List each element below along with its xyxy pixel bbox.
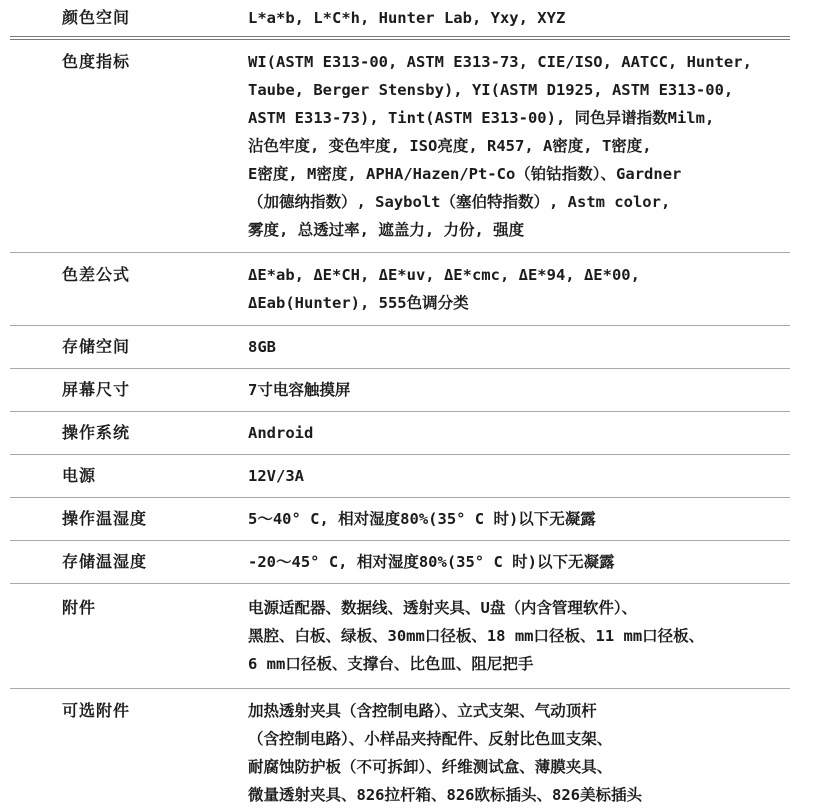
spec-label: 存储空间 <box>10 333 248 361</box>
spec-sheet-page: 颜色空间 L*a*b, L*C*h, Hunter Lab, Yxy, XYZ … <box>0 0 819 811</box>
spec-value: Android <box>248 419 790 447</box>
spec-label: 屏幕尺寸 <box>10 376 248 404</box>
spec-value: 加热透射夹具（含控制电路）、立式支架、气动顶杆 （含控制电路）、小样品夹持配件、… <box>248 697 790 809</box>
spec-value: -20～45° C, 相对湿度80%(35° C 时)以下无凝露 <box>248 548 790 576</box>
spec-row-color-difference-formula: 色差公式 ΔE*ab, ΔE*CH, ΔE*uv, ΔE*cmc, ΔE*94,… <box>10 253 790 326</box>
spec-label: 操作温湿度 <box>10 505 248 533</box>
spec-label: 色度指标 <box>10 48 248 76</box>
spec-label: 颜色空间 <box>10 4 248 32</box>
spec-table: 颜色空间 L*a*b, L*C*h, Hunter Lab, Yxy, XYZ … <box>10 0 790 811</box>
spec-value: 7寸电容触摸屏 <box>248 376 790 404</box>
spec-row-color-space: 颜色空间 L*a*b, L*C*h, Hunter Lab, Yxy, XYZ <box>10 0 790 40</box>
spec-row-operating-temp-humidity: 操作温湿度 5～40° C, 相对湿度80%(35° C 时)以下无凝露 <box>10 498 790 541</box>
spec-row-screen-size: 屏幕尺寸 7寸电容触摸屏 <box>10 369 790 412</box>
spec-row-power: 电源 12V/3A <box>10 455 790 498</box>
spec-label: 附件 <box>10 594 248 622</box>
spec-label: 操作系统 <box>10 419 248 447</box>
spec-value: WI(ASTM E313-00, ASTM E313-73, CIE/ISO, … <box>248 48 790 244</box>
spec-row-storage-temp-humidity: 存储温湿度 -20～45° C, 相对湿度80%(35° C 时)以下无凝露 <box>10 541 790 584</box>
spec-value: 电源适配器、数据线、透射夹具、U盘（内含管理软件）、 黑腔、白板、绿板、30mm… <box>248 594 790 678</box>
spec-value: 12V/3A <box>248 462 790 490</box>
spec-row-operating-system: 操作系统 Android <box>10 412 790 455</box>
spec-value: 5～40° C, 相对湿度80%(35° C 时)以下无凝露 <box>248 505 790 533</box>
spec-row-chromaticity-index: 色度指标 WI(ASTM E313-00, ASTM E313-73, CIE/… <box>10 40 790 253</box>
spec-label: 色差公式 <box>10 261 248 289</box>
spec-label: 存储温湿度 <box>10 548 248 576</box>
spec-label: 电源 <box>10 462 248 490</box>
spec-value: 8GB <box>248 333 790 361</box>
spec-value: ΔE*ab, ΔE*CH, ΔE*uv, ΔE*cmc, ΔE*94, ΔE*0… <box>248 261 790 317</box>
spec-row-optional-accessories: 可选附件 加热透射夹具（含控制电路）、立式支架、气动顶杆 （含控制电路）、小样品… <box>10 689 790 811</box>
spec-row-storage: 存储空间 8GB <box>10 326 790 369</box>
spec-row-accessories: 附件 电源适配器、数据线、透射夹具、U盘（内含管理软件）、 黑腔、白板、绿板、3… <box>10 584 790 689</box>
spec-label: 可选附件 <box>10 697 248 725</box>
spec-value: L*a*b, L*C*h, Hunter Lab, Yxy, XYZ <box>248 4 790 32</box>
